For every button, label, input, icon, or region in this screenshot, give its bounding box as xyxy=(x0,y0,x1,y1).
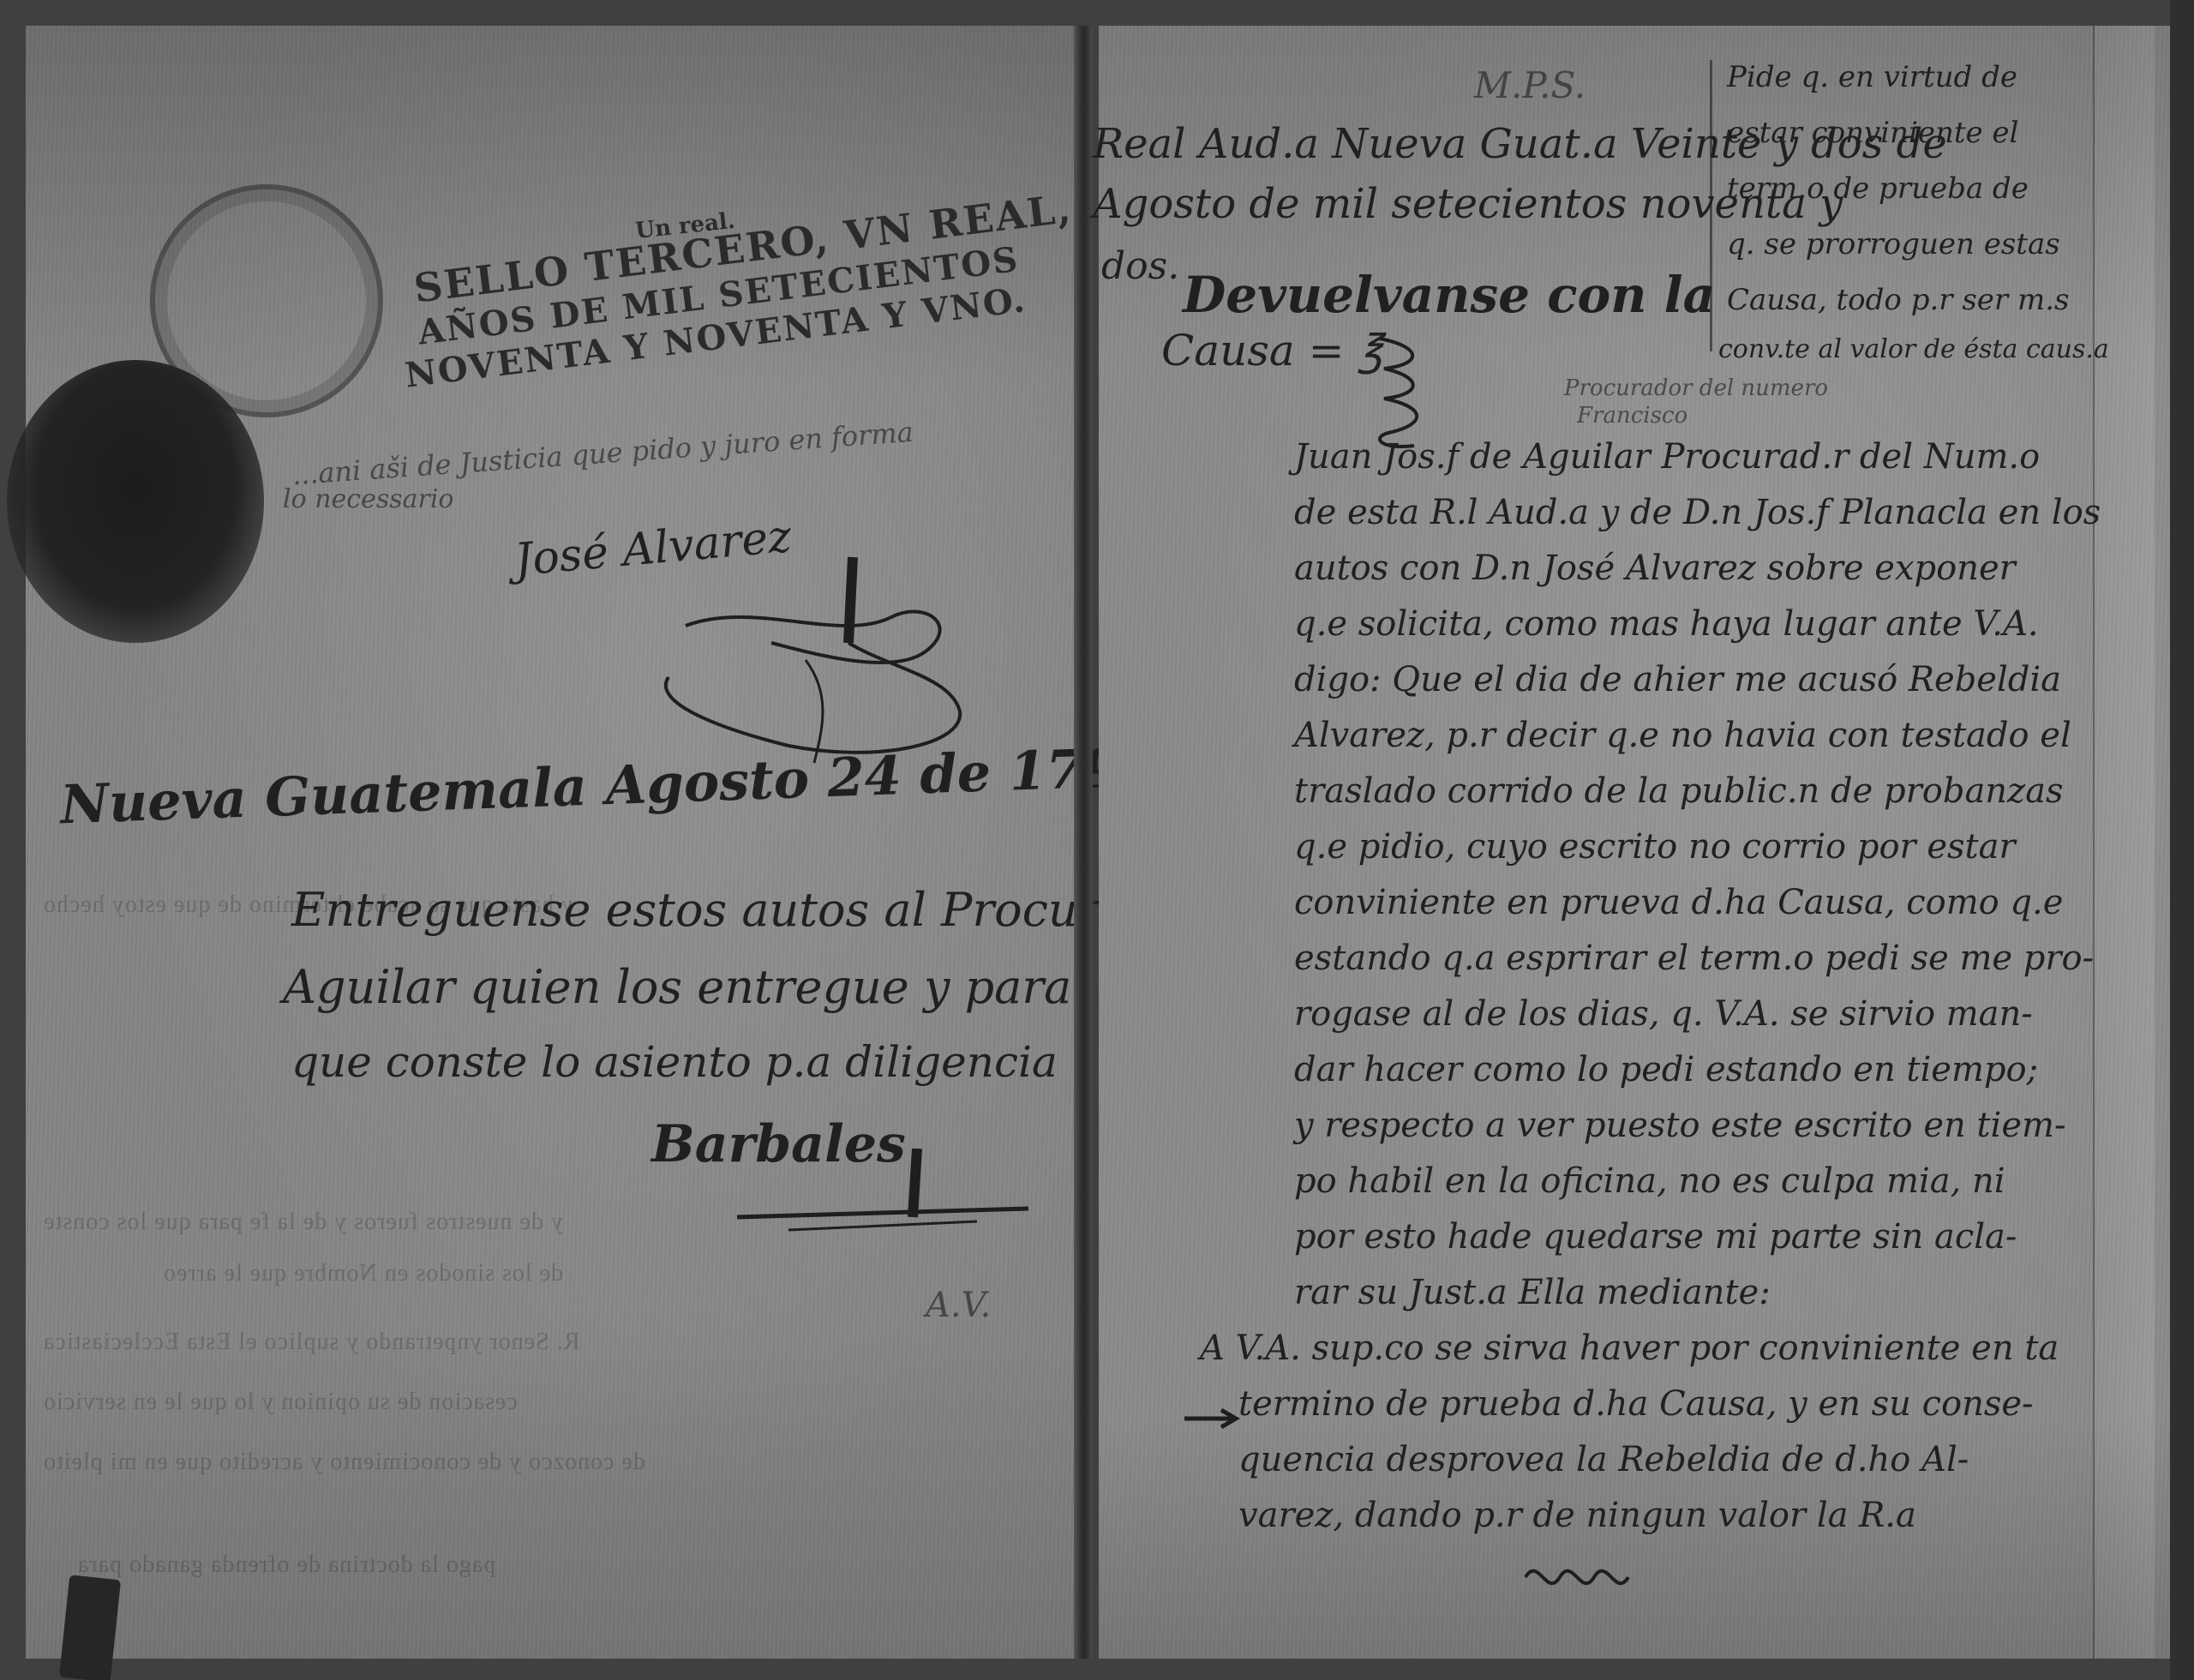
rubric-flourish-icon xyxy=(634,549,977,771)
faint-text-line: lo necessario xyxy=(283,484,454,514)
closing-flourish-icon xyxy=(1517,1551,1663,1603)
body-line: y respecto a ver puesto este escrito en … xyxy=(1294,1106,2065,1145)
decree-line-3: que conste lo asiento p.a diligencia xyxy=(291,1037,1058,1087)
petition-line: varez, dando p.r de ningun valor la R.a xyxy=(1238,1496,1916,1535)
body-line: rogase al de los dias, q. V.A. se sirvio… xyxy=(1294,994,2033,1034)
body-line: Alvarez, p.r decir q.e no havia con test… xyxy=(1294,716,2071,755)
body-line: po habil en la oficina, no es culpa mia,… xyxy=(1294,1161,2005,1201)
margin-note-sub: Francisco xyxy=(1577,403,1687,429)
body-line: autos con D.n José Alvarez sobre exponer xyxy=(1294,549,2016,588)
title-line-2: Causa = ℥ xyxy=(1161,326,1382,375)
bleed-through-line: y de nuestros fueros y de la fe para que… xyxy=(43,1209,563,1236)
margin-bracket xyxy=(1710,60,1719,351)
scan-border xyxy=(2170,0,2194,1680)
page-tab xyxy=(59,1575,121,1680)
petition-line: A V.A. sup.co se sirva haver por convini… xyxy=(1200,1329,2059,1368)
bleed-through-line: cesacion de su opinion y lo que le en se… xyxy=(43,1389,518,1416)
body-line: q.e pidio, cuyo escrito no corrio por es… xyxy=(1294,827,2016,867)
page-edge-fold xyxy=(2093,26,2155,1659)
decree-line-2: Aguilar quien los entregue y para xyxy=(283,960,1071,1014)
petition-line: termino de prueba d.ha Causa, y en su co… xyxy=(1238,1384,2034,1424)
bleed-through-line: de los sinodos en Nombre que le arreo xyxy=(163,1260,563,1287)
margin-mark: A.V. xyxy=(926,1286,991,1325)
body-line: de esta R.l Aud.a y de D.n Jos.f Planacl… xyxy=(1294,493,2101,532)
bleed-through-line: R. Senor ynpetrando y suplico el Esta Ec… xyxy=(43,1329,579,1356)
rubric-flourish-icon xyxy=(1363,330,1440,459)
rubric-flourish-icon xyxy=(720,1149,1046,1251)
header-marks: M.P.S. xyxy=(1474,64,1586,106)
margin-note-line: conv.te al valor de ésta caus.a xyxy=(1718,334,2109,364)
body-line: dar hacer como lo pedi estando en tiempo… xyxy=(1294,1050,2038,1089)
margin-note-line: Causa, todo p.r ser m.s xyxy=(1727,283,2069,317)
petition-line: quencia desprovea la Rebeldia de d.ho Al… xyxy=(1238,1440,1969,1479)
bleed-through-line: de conozco y de conocimiento y acredito … xyxy=(43,1449,645,1476)
margin-note-line: Pide q. en virtud de xyxy=(1727,60,2017,94)
book-spine xyxy=(1074,26,1093,1659)
margin-note-line: term.o de prueba de xyxy=(1727,171,2029,206)
margin-note-line: estar conviniente el xyxy=(1727,116,2018,150)
manuscript-scan: y hasta que se acabe el termino de que e… xyxy=(0,0,2194,1680)
body-line: rar su Just.a Ella mediante: xyxy=(1294,1273,1771,1312)
decree-line-1: Entreguense estos autos al Procurador xyxy=(291,883,1208,937)
margin-note-sub: Procurador del numero xyxy=(1564,375,1828,401)
bleed-through-line: pago la doctrina de ofrenda ganado para xyxy=(77,1551,495,1579)
pointing-hand-mark-icon xyxy=(1183,1406,1243,1431)
body-line: conviniente en prueva d.ha Causa, como q… xyxy=(1294,883,2063,922)
margin-note-line: q. se prorroguen estas xyxy=(1727,227,2060,261)
body-line: estando q.a esprirar el term.o pedi se m… xyxy=(1294,939,2094,978)
body-line: traslado corrido de la public.n de proba… xyxy=(1294,771,2064,811)
title-line-1: Devuelvanse con la xyxy=(1183,266,1715,324)
body-line: digo: Que el dia de ahier me acusó Rebel… xyxy=(1294,660,2061,699)
heading-line-3: dos. xyxy=(1101,244,1179,288)
wax-seal-blot xyxy=(7,360,264,643)
body-line: q.e solicita, como mas haya lugar ante V… xyxy=(1294,604,2039,644)
body-line: por esto hade quedarse mi parte sin acla… xyxy=(1294,1217,2017,1257)
